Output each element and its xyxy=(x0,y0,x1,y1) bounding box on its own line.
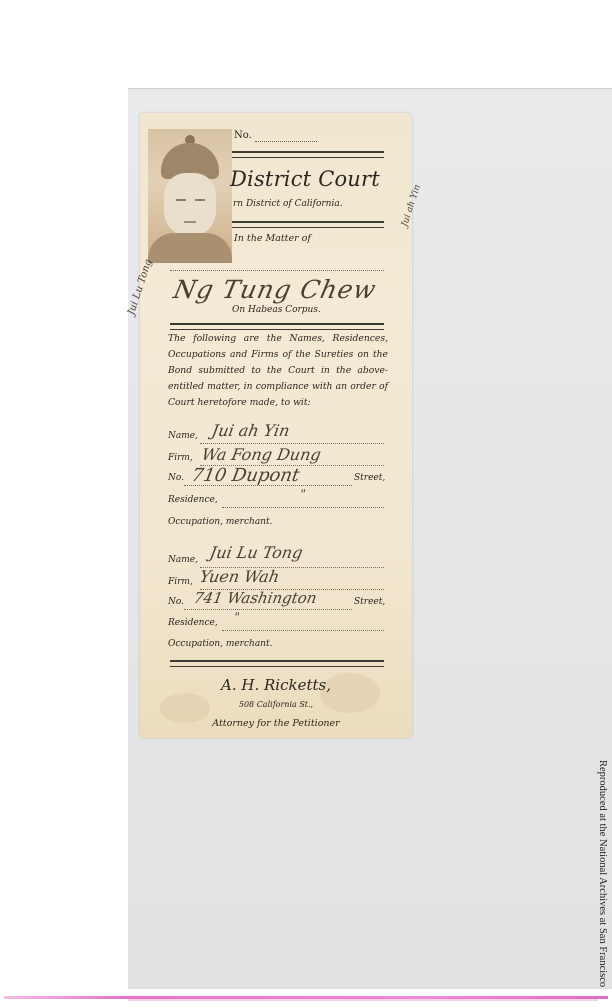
double-rule xyxy=(232,151,384,158)
residence-label: Residence, xyxy=(168,495,218,505)
court-document-page: No. District Court rn District of Califo… xyxy=(140,113,412,738)
street-number-label: No. xyxy=(168,473,184,483)
street-line xyxy=(184,609,352,610)
scan-edge-line xyxy=(128,999,598,1001)
occupation-text: Occupation, merchant. xyxy=(168,517,272,527)
document-number-blank xyxy=(255,130,317,142)
occupation-text: Occupation, merchant. xyxy=(168,639,272,649)
attorney-name: A. H. Ricketts, xyxy=(140,676,412,694)
double-rule xyxy=(170,323,384,330)
residence-line xyxy=(222,507,384,508)
double-rule xyxy=(232,221,384,228)
residence-line xyxy=(222,630,384,631)
surety-address-value: 710 Dupont xyxy=(190,465,301,486)
court-title: District Court xyxy=(230,167,380,191)
double-rule xyxy=(170,660,384,667)
surety-address-value: 741 Washington xyxy=(192,589,318,607)
residence-ditto: " xyxy=(299,487,307,501)
name-label: Name, xyxy=(168,555,198,565)
attorney-role: Attorney for the Petitioner xyxy=(140,718,412,729)
surety-name-value: Jui Lu Tong xyxy=(208,543,304,562)
street-number-label: No. xyxy=(168,597,184,607)
attorney-address: 508 California St., xyxy=(140,700,412,709)
street-label: Street, xyxy=(354,597,385,607)
document-number-label: No. xyxy=(234,130,252,141)
surety-name-value: Jui ah Yin xyxy=(210,421,291,440)
habeas-corpus-label: On Habeas Corpus. xyxy=(232,305,321,315)
firm-label: Firm, xyxy=(168,453,193,463)
residence-label: Residence, xyxy=(168,618,218,628)
archive-reproduction-label: Reproduced at the National Archives at S… xyxy=(588,760,608,992)
petitioner-line xyxy=(170,270,384,271)
street-label: Street, xyxy=(354,473,385,483)
name-label: Name, xyxy=(168,431,198,441)
firm-label: Firm, xyxy=(168,577,193,587)
sureties-intro-paragraph: The following are the Names, Residences,… xyxy=(168,331,388,411)
surety-firm-value: Wa Fong Dung xyxy=(200,445,322,464)
petitioner-name-handwritten: Ng Tung Chew xyxy=(171,275,379,304)
name-line xyxy=(200,443,384,444)
document-number-field: No. xyxy=(234,130,317,142)
court-district: rn District of California. xyxy=(233,199,343,209)
surety-firm-value: Yuen Wah xyxy=(198,567,281,586)
petitioner-photo xyxy=(148,129,232,263)
matter-label: In the Matter of xyxy=(234,233,311,244)
residence-ditto: " xyxy=(233,610,241,624)
